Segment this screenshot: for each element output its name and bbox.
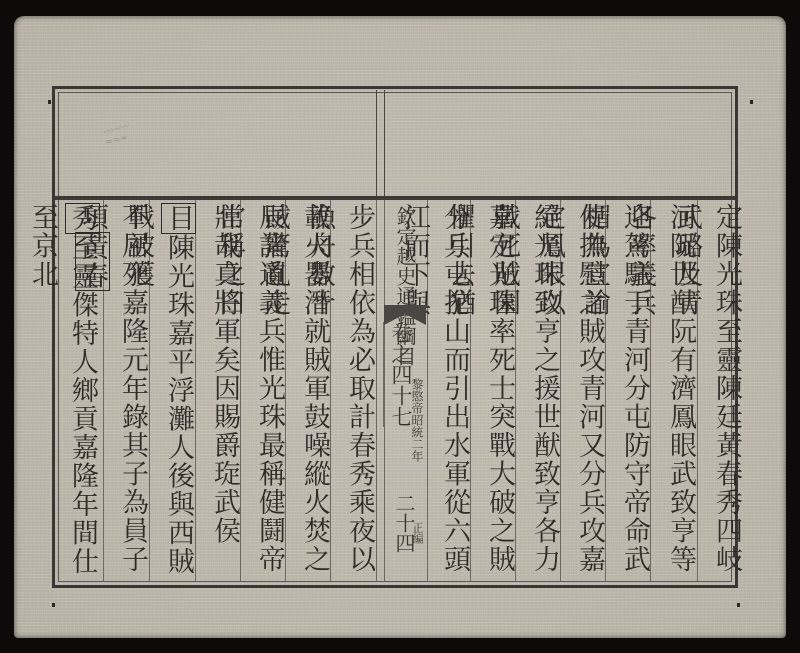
text-column-8: 步兵相依為必取計春秀乘夜以漁舟數十 <box>339 203 379 581</box>
text-column-4: 使撫慰之賊攻青河又分兵攻嘉定鳳眼以 <box>569 203 609 581</box>
text-column-1: 定陳光珠至靈陳廷黃春秀四岐武璐及青 <box>706 203 746 581</box>
name-box: 秀 <box>65 203 100 234</box>
text-column-12: 目陳光珠嘉平浮灘人後與西賊戰被獲 <box>158 203 198 581</box>
upper-register-divider <box>384 90 385 196</box>
text-column-5: 絕光珠致亨之援世猷致亨各力戰死賊圍 <box>524 203 564 581</box>
edition-label: 正編 <box>410 522 424 544</box>
binding-mark <box>48 100 51 104</box>
text-column-10: 辰諸道義兵惟光珠最稱健鬪帝常稱之曰 <box>249 203 289 581</box>
upper-register <box>55 90 735 198</box>
text-column-9: 載火器潛就賊軍鼓噪縱火焚之賊驚亂走 <box>294 203 334 581</box>
binding-mark <box>750 100 753 104</box>
text-column-2: 河阮世猷阮有濟鳳眼武致亨等各率義兵 <box>660 203 700 581</box>
text-column-3: 迎駕駐于青河分屯防守帝命武楣為宣諭 <box>614 203 654 581</box>
binding-mark <box>52 603 55 607</box>
text-column-7: 分兵屯拕山而引出水軍從六頭江而下與 <box>434 203 474 581</box>
text-column-11: 壯哉真將軍矣因賜爵琁武侯 <box>204 203 244 581</box>
text-column-13: 不屈死嘉隆元年錄其子為員子項黃春 <box>112 203 152 581</box>
upper-register-divider <box>376 90 377 196</box>
text-column-6: 嘉定光珠率死士突戰大破之賊懼引去猶 <box>479 203 519 581</box>
reign-year: 黎愍帝昭統二年 <box>409 378 425 462</box>
center-fold-column: 欽定越史通鑑綱目 卷之四十七 黎愍帝昭統二年 二十四 正編 <box>383 200 427 581</box>
binding-mark <box>737 603 740 607</box>
text-column-14: 秀至靈傑特人鄉貢嘉隆年間仕至京北 <box>62 203 102 581</box>
entry-marker-box: 目 <box>161 203 196 234</box>
